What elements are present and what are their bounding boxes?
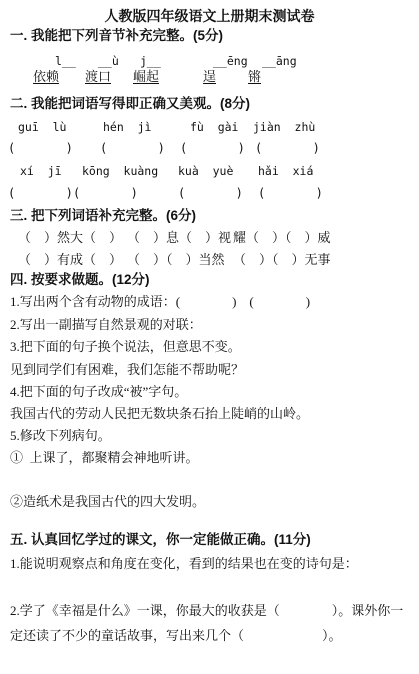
question-line: 3.把下面的句子换个说法，但意思不变。 [10,339,241,355]
sentence-line: 我国古代的劳动人民把无数块条石抬上陡峭的山岭。 [10,406,309,422]
answer-blank: ( ) [73,185,139,201]
sub-question-line: ②造纸术是我国古代的四大发明。 [10,494,205,510]
sentence-line: 见到同学们有困难，我们怎能不帮助呢？ [10,362,244,378]
pinyin-word: kuà yuè [178,163,233,179]
section1-heading: 一. 我能把下列音节补充完整。(5分) [10,28,223,44]
idiom-blank: （ ）有成（ ） [18,252,122,268]
answer-blank: ( ) [178,185,244,201]
question-line: 1.写出两个含有动物的成语：( ) ( ) [10,294,310,310]
word-item: 逞 [203,69,216,85]
answer-blank: ( ) [258,185,324,201]
answer-blank: ( ) [8,185,74,201]
pinyin-blank: l__ [55,53,76,69]
answer-blank: ( ) [100,140,166,156]
word-item: 渡口 [85,69,111,85]
pinyin-word: hén jì [103,119,151,135]
idiom-blank: 耀（ ）（ ）威 [233,230,331,246]
idiom-blank: （ ）然大（ ） [18,230,122,246]
pinyin-blank: __ù [98,53,119,69]
page-title: 人教版四年级语文上册期末测试卷 [0,8,419,24]
exam-paper: 人教版四年级语文上册期末测试卷 一. 我能把下列音节补充完整。(5分) l__ … [0,0,419,674]
question-line: 1.能说明观察点和角度在变化，看到的结果也在变的诗句是： [10,556,358,572]
pinyin-word: fù gài [190,119,238,135]
word-item: 崛起 [133,69,159,85]
section3-heading: 三. 把下列词语补充完整。(6分) [10,208,196,224]
idiom-blank: （ ）息（ ）视 [127,230,231,246]
word-item: 锵 [248,69,261,85]
answer-blank: ( ) [8,140,74,156]
section2-heading: 二. 我能把词语写得即正确又美观。(8分) [10,96,250,112]
pinyin-word: hǎi xiá [258,163,313,179]
pinyin-blank: __ēng [213,53,248,69]
section5-heading: 五. 认真回忆学过的课文，你一定能做正确。(11分) [10,532,311,548]
pinyin-word: guī lù [18,119,66,135]
idiom-blank: （ ）（ ）无事 [233,252,331,268]
idiom-blank: （ ）（ ）当然 [127,252,225,268]
word-item: 依赖 [33,69,59,85]
answer-blank: ( ) [255,140,321,156]
section4-heading: 四. 按要求做题。(12分) [10,272,150,288]
sub-question-line: ① 上课了，都聚精会神地听讲。 [10,450,199,466]
question-line: 2.写出一副描写自然景观的对联： [10,317,202,333]
answer-blank: ( ) [180,140,246,156]
question-line: 5.修改下列病句。 [10,428,111,444]
pinyin-word: jiàn zhù [253,119,315,135]
pinyin-word: kōng kuàng [82,163,158,179]
pinyin-blank: __āng [262,53,297,69]
pinyin-blank: j__ [140,53,161,69]
question-line: 4.把下面的句子改成“被”字句。 [10,384,187,400]
question-paragraph: 2.学了《幸福是什么》一课，你最大的收获是（ ）。课外你一定还读了不少的童话故事… [10,598,412,648]
pinyin-word: xí jī [20,163,62,179]
